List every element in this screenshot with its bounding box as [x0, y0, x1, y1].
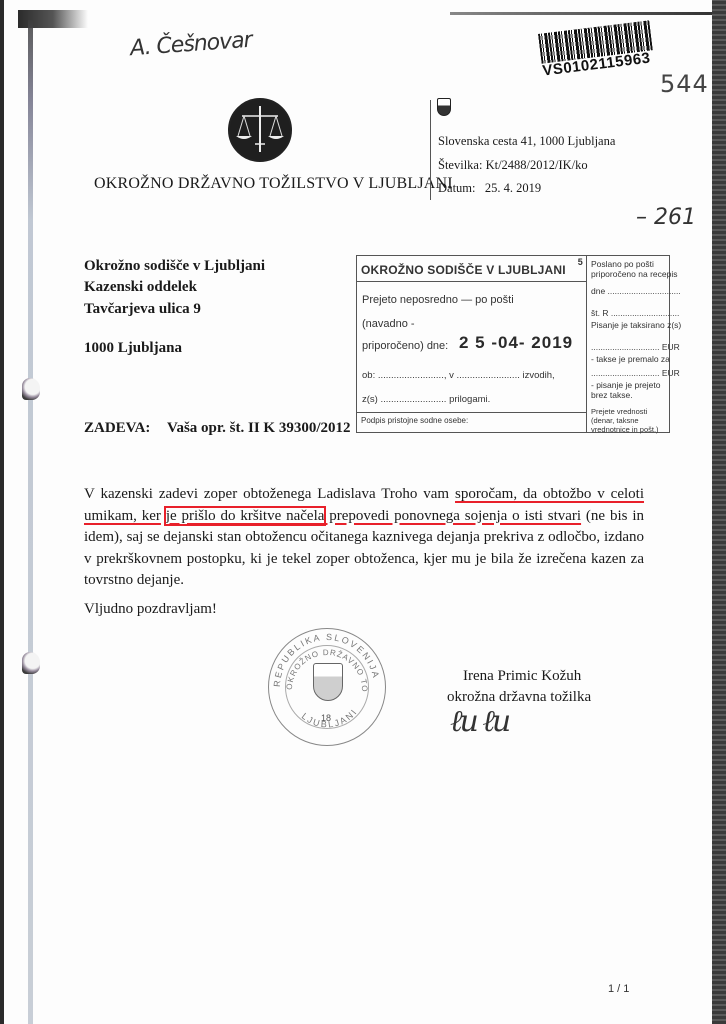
recipient-line-3: Tavčarjeva ulica 9: [84, 301, 201, 318]
subject-label: ZADEVA:: [84, 420, 150, 437]
stamp-side-line: priporočeno na recepis: [591, 269, 677, 279]
stamp-at-line: ob: ........................., v .......…: [362, 370, 555, 381]
barcode: VS0102115963: [538, 20, 654, 73]
stamp-side-line: št. R .............................: [591, 308, 679, 318]
stamp-with-line: z(s) ......................... prilogami…: [362, 394, 490, 405]
recipient-line-1: Okrožno sodišče v Ljubljani: [84, 258, 265, 275]
seal-ring-text: REPUBLIKA SLOVENIJA OKROŽNO DRŽAVNO TOŽI…: [268, 628, 386, 746]
reference-number: Številka: Kt/2488/2012/IK/ko: [438, 158, 588, 173]
stamp-received-line: Prejeto neposredno — po pošti: [362, 294, 514, 306]
stamp-side-line: ............................. EUR: [591, 368, 680, 378]
stamp-form-number: 5: [578, 257, 583, 267]
scan-binding-stripe: [28, 20, 33, 1024]
letter-paragraph: V kazenski zadevi zoper obtoženega Ladis…: [84, 484, 644, 592]
stamp-side-line: Pisanje je taksirano z(s): [591, 320, 681, 330]
handwritten-signature: ℓu ℓu: [450, 704, 508, 739]
scan-edge-left: [0, 0, 4, 1024]
body-text-underlined: prepovedi ponovnega sojenja o isti stvar…: [324, 508, 581, 524]
stamp-side-line: dne ...............................: [591, 286, 681, 296]
recipient-line-4: 1000 Ljubljana: [84, 340, 182, 357]
stamp-side-line: ............................. EUR: [591, 342, 680, 352]
letter-body: V kazenski zadevi zoper obtoženega Ladis…: [84, 484, 644, 592]
handwritten-number-261: – 261: [636, 205, 696, 230]
stamp-side-line: Prejete vrednosti (denar, taksne vrednot…: [591, 407, 669, 434]
document-date-value: 25. 4. 2019: [485, 181, 541, 195]
stamp-main-section: OKROŽNO SODIŠČE V LJUBLJANI 5 Prejeto ne…: [357, 256, 587, 432]
official-seal: REPUBLIKA SLOVENIJA OKROŽNO DRŽAVNO TOŽI…: [268, 628, 386, 746]
slovenia-coat-of-arms-icon: [437, 98, 451, 116]
stamp-title: OKROŽNO SODIŠČE V LJUBLJANI 5: [357, 256, 586, 282]
page-number: 1 / 1: [608, 983, 629, 995]
stamp-side-line: - takse je premalo za: [591, 354, 670, 364]
stamp-signature-label: Podpis pristojne sodne osebe:: [357, 412, 586, 428]
organization-name: OKROŽNO DRŽAVNO TOŽILSTVO V LJUBLJANI: [94, 175, 453, 193]
stamp-received-date: 2 5 -04- 2019: [459, 333, 573, 353]
scan-edge-right: [712, 0, 726, 1024]
stamp-ordinary-line: (navadno -: [362, 318, 415, 330]
signer-name: Irena Primic Kožuh: [463, 668, 581, 685]
punch-hole-icon: [22, 378, 40, 400]
subject-value: Vaša opr. št. II K 39300/2012: [167, 420, 351, 437]
header-divider: [430, 100, 431, 200]
document-date-label: Datum:: [438, 181, 476, 195]
sender-address: Slovenska cesta 41, 1000 Ljubljana: [438, 134, 615, 149]
reference-number-label: Številka:: [438, 158, 482, 172]
punch-hole-icon: [22, 652, 40, 674]
stamp-title-text: OKROŽNO SODIŠČE V LJUBLJANI: [361, 263, 566, 277]
court-received-stamp: OKROŽNO SODIŠČE V LJUBLJANI 5 Prejeto ne…: [356, 255, 670, 433]
seal-number: 18: [321, 713, 331, 723]
stamp-side-line: Poslano po pošti: [591, 259, 654, 269]
handwritten-number-544: 544: [660, 70, 709, 98]
reference-number-value: Kt/2488/2012/IK/ko: [486, 158, 588, 172]
scan-artifact-top-right: [450, 12, 712, 15]
stamp-side-line: - pisanje je prejeto brez takse.: [591, 380, 667, 400]
document-date: Datum: 25. 4. 2019: [438, 181, 541, 196]
closing-greeting: Vljudno pozdravljam!: [84, 601, 217, 618]
body-text-boxed: je prišlo do kršitve načela: [166, 508, 325, 524]
handwritten-name: A. Češnovar: [129, 28, 252, 61]
recipient-line-2: Kazenski oddelek: [84, 279, 197, 296]
body-text-plain: V kazenski zadevi zoper obtoženega Ladis…: [84, 486, 455, 502]
scales-of-justice-icon: [228, 98, 292, 162]
stamp-registered-line: priporočeno) dne:: [362, 340, 448, 352]
